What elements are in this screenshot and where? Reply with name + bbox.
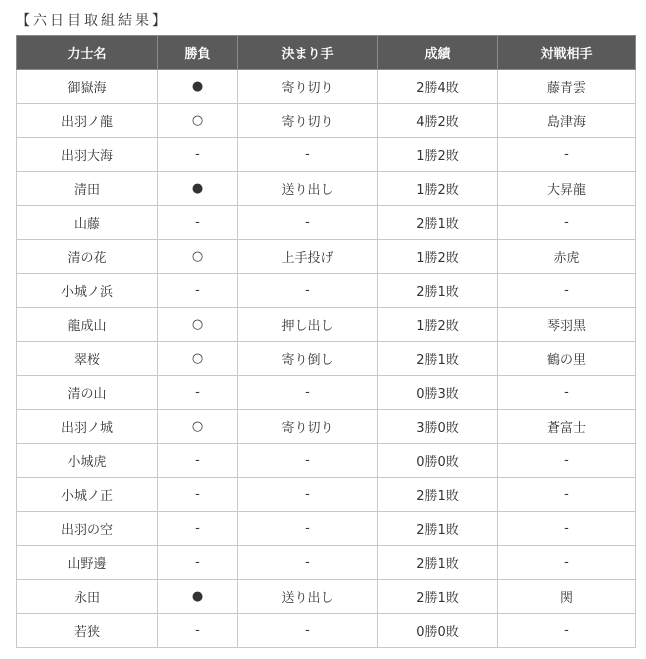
cell-result: -	[158, 478, 238, 512]
cell-record: 1勝2敗	[378, 308, 498, 342]
cell-result: -	[158, 444, 238, 478]
cell-wrestler-name: 小城ノ浜	[17, 274, 158, 308]
header-record: 成績	[378, 36, 498, 70]
cell-wrestler-name: 出羽ノ龍	[17, 104, 158, 138]
table-row: 清田●送り出し1勝2敗大昇龍	[17, 172, 636, 206]
cell-opponent: -	[498, 546, 636, 580]
table-row: 御嶽海●寄り切り2勝4敗藤青雲	[17, 70, 636, 104]
table-row: 永田●送り出し2勝1敗関	[17, 580, 636, 614]
header-result: 勝負	[158, 36, 238, 70]
table-row: 清の花○上手投げ1勝2敗赤虎	[17, 240, 636, 274]
cell-opponent: -	[498, 376, 636, 410]
cell-wrestler-name: 清の山	[17, 376, 158, 410]
header-opponent: 対戦相手	[498, 36, 636, 70]
cell-result: -	[158, 546, 238, 580]
cell-opponent: -	[498, 614, 636, 648]
cell-kimarite: -	[238, 512, 378, 546]
header-kimarite: 決まり手	[238, 36, 378, 70]
cell-opponent: 鶴の里	[498, 342, 636, 376]
cell-record: 2勝1敗	[378, 478, 498, 512]
cell-opponent: 蒼富士	[498, 410, 636, 444]
cell-result: -	[158, 274, 238, 308]
cell-result: ○	[158, 240, 238, 274]
cell-record: 1勝2敗	[378, 240, 498, 274]
cell-wrestler-name: 出羽ノ城	[17, 410, 158, 444]
table-row: 小城ノ浜--2勝1敗-	[17, 274, 636, 308]
cell-kimarite: 寄り切り	[238, 104, 378, 138]
cell-result: ○	[158, 342, 238, 376]
cell-opponent: 大昇龍	[498, 172, 636, 206]
cell-opponent: 赤虎	[498, 240, 636, 274]
cell-result: -	[158, 138, 238, 172]
cell-opponent: -	[498, 138, 636, 172]
cell-opponent: -	[498, 512, 636, 546]
cell-result: -	[158, 614, 238, 648]
table-row: 小城ノ正--2勝1敗-	[17, 478, 636, 512]
cell-record: 2勝1敗	[378, 274, 498, 308]
cell-result: ○	[158, 104, 238, 138]
cell-record: 0勝0敗	[378, 444, 498, 478]
cell-wrestler-name: 清田	[17, 172, 158, 206]
cell-result: ○	[158, 410, 238, 444]
table-row: 出羽の空--2勝1敗-	[17, 512, 636, 546]
cell-opponent: 関	[498, 580, 636, 614]
cell-opponent: -	[498, 478, 636, 512]
cell-wrestler-name: 山藤	[17, 206, 158, 240]
table-row: 龍成山○押し出し1勝2敗琴羽黒	[17, 308, 636, 342]
cell-result: ●	[158, 580, 238, 614]
cell-opponent: -	[498, 206, 636, 240]
cell-record: 2勝1敗	[378, 546, 498, 580]
cell-kimarite: -	[238, 478, 378, 512]
table-row: 出羽大海--1勝2敗-	[17, 138, 636, 172]
cell-result: -	[158, 512, 238, 546]
cell-kimarite: 上手投げ	[238, 240, 378, 274]
cell-wrestler-name: 御嶽海	[17, 70, 158, 104]
header-wrestler-name: 力士名	[17, 36, 158, 70]
cell-wrestler-name: 出羽の空	[17, 512, 158, 546]
cell-opponent: 藤青雲	[498, 70, 636, 104]
cell-record: 2勝4敗	[378, 70, 498, 104]
bout-results-table: 力士名 勝負 決まり手 成績 対戦相手 御嶽海●寄り切り2勝4敗藤青雲出羽ノ龍○…	[16, 35, 636, 648]
cell-record: 2勝1敗	[378, 580, 498, 614]
cell-kimarite: 送り出し	[238, 172, 378, 206]
cell-kimarite: -	[238, 138, 378, 172]
table-row: 出羽ノ龍○寄り切り4勝2敗島津海	[17, 104, 636, 138]
cell-kimarite: 寄り切り	[238, 70, 378, 104]
cell-result: -	[158, 376, 238, 410]
cell-wrestler-name: 若狭	[17, 614, 158, 648]
cell-kimarite: 寄り倒し	[238, 342, 378, 376]
table-row: 出羽ノ城○寄り切り3勝0敗蒼富士	[17, 410, 636, 444]
table-row: 清の山--0勝3敗-	[17, 376, 636, 410]
table-row: 翠桜○寄り倒し2勝1敗鶴の里	[17, 342, 636, 376]
cell-kimarite: -	[238, 614, 378, 648]
cell-record: 0勝0敗	[378, 614, 498, 648]
cell-wrestler-name: 小城ノ正	[17, 478, 158, 512]
cell-wrestler-name: 翠桜	[17, 342, 158, 376]
cell-wrestler-name: 山野邊	[17, 546, 158, 580]
cell-wrestler-name: 永田	[17, 580, 158, 614]
results-caption: 【六日目取組結果】	[16, 10, 169, 30]
cell-wrestler-name: 小城虎	[17, 444, 158, 478]
cell-wrestler-name: 出羽大海	[17, 138, 158, 172]
cell-opponent: -	[498, 274, 636, 308]
cell-result: ●	[158, 172, 238, 206]
cell-wrestler-name: 龍成山	[17, 308, 158, 342]
cell-kimarite: -	[238, 274, 378, 308]
cell-record: 2勝1敗	[378, 342, 498, 376]
cell-opponent: 島津海	[498, 104, 636, 138]
cell-record: 1勝2敗	[378, 172, 498, 206]
cell-kimarite: 寄り切り	[238, 410, 378, 444]
cell-record: 1勝2敗	[378, 138, 498, 172]
cell-record: 2勝1敗	[378, 512, 498, 546]
cell-kimarite: -	[238, 444, 378, 478]
cell-record: 2勝1敗	[378, 206, 498, 240]
table-row: 小城虎--0勝0敗-	[17, 444, 636, 478]
cell-record: 4勝2敗	[378, 104, 498, 138]
cell-opponent: 琴羽黒	[498, 308, 636, 342]
cell-record: 0勝3敗	[378, 376, 498, 410]
cell-result: ○	[158, 308, 238, 342]
table-header-row: 力士名 勝負 決まり手 成績 対戦相手	[17, 36, 636, 70]
cell-result: -	[158, 206, 238, 240]
cell-kimarite: -	[238, 546, 378, 580]
cell-opponent: -	[498, 444, 636, 478]
cell-kimarite: 送り出し	[238, 580, 378, 614]
table-row: 若狭--0勝0敗-	[17, 614, 636, 648]
cell-record: 3勝0敗	[378, 410, 498, 444]
cell-kimarite: 押し出し	[238, 308, 378, 342]
cell-wrestler-name: 清の花	[17, 240, 158, 274]
table-row: 山藤--2勝1敗-	[17, 206, 636, 240]
cell-kimarite: -	[238, 376, 378, 410]
cell-kimarite: -	[238, 206, 378, 240]
table-row: 山野邊--2勝1敗-	[17, 546, 636, 580]
cell-result: ●	[158, 70, 238, 104]
